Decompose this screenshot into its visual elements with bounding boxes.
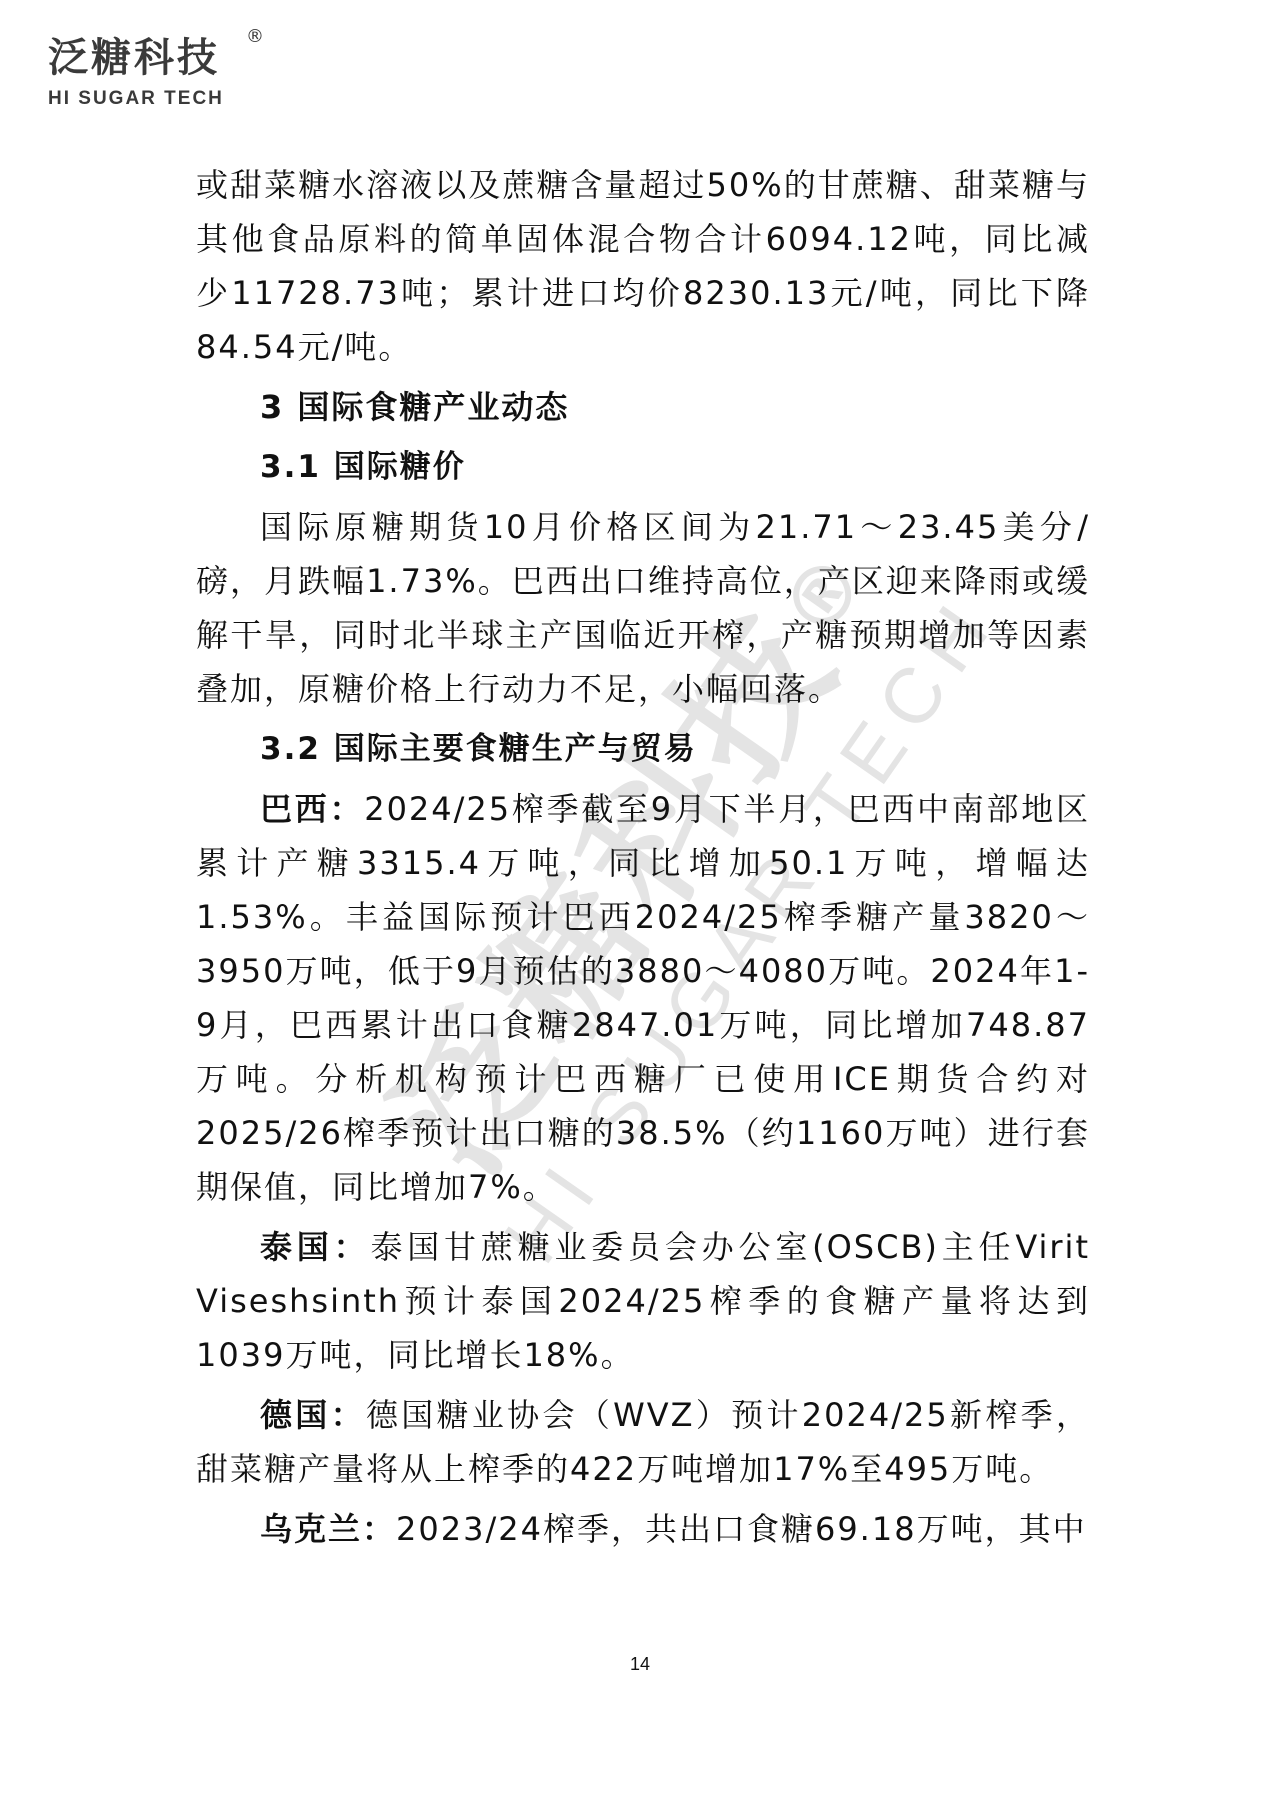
section-3-2-heading: 3.2 国际主要食糖生产与贸易 xyxy=(196,722,1090,776)
country-label-thailand: 泰国： xyxy=(260,1228,370,1266)
section-3-1-heading: 3.1 国际糖价 xyxy=(196,440,1090,494)
section-3-1-paragraph: 国际原糖期货10月价格区间为21.71～23.45美分/磅，月跌幅1.73%。巴… xyxy=(196,500,1090,716)
company-logo: 泛糖科技 ® HI SUGAR TECH xyxy=(48,26,288,106)
country-text-ukraine: 2023/24榨季，共出口食糖69.18万吨，其中 xyxy=(396,1510,1087,1548)
document-body: 或甜菜糖水溶液以及蔗糖含量超过50%的甘蔗糖、甜菜糖与其他食品原料的简单固体混合… xyxy=(196,158,1090,1556)
country-paragraph-thailand: 泰国：泰国甘蔗糖业委员会办公室(OSCB)主任Virit Viseshsinth… xyxy=(196,1220,1090,1382)
registered-mark-icon: ® xyxy=(246,26,264,47)
page-number: 14 xyxy=(0,1654,1280,1675)
section-3-heading: 3 国际食糖产业动态 xyxy=(196,380,1090,434)
country-label-germany: 德国： xyxy=(260,1396,366,1434)
country-paragraph-ukraine: 乌克兰：2023/24榨季，共出口食糖69.18万吨，其中 xyxy=(196,1502,1090,1556)
country-paragraph-brazil: 巴西：2024/25榨季截至9月下半月，巴西中南部地区累计产糖3315.4万吨，… xyxy=(196,782,1090,1214)
country-paragraph-germany: 德国：德国糖业协会（WVZ）预计2024/25新榨季，甜菜糖产量将从上榨季的42… xyxy=(196,1388,1090,1496)
logo-english-name: HI SUGAR TECH xyxy=(48,88,224,110)
logo-chinese-name: 泛糖科技 xyxy=(48,34,220,82)
country-text-brazil: 2024/25榨季截至9月下半月，巴西中南部地区累计产糖3315.4万吨，同比增… xyxy=(196,790,1090,1206)
country-label-brazil: 巴西： xyxy=(260,790,364,828)
intro-paragraph: 或甜菜糖水溶液以及蔗糖含量超过50%的甘蔗糖、甜菜糖与其他食品原料的简单固体混合… xyxy=(196,158,1090,374)
country-label-ukraine: 乌克兰： xyxy=(260,1510,396,1548)
